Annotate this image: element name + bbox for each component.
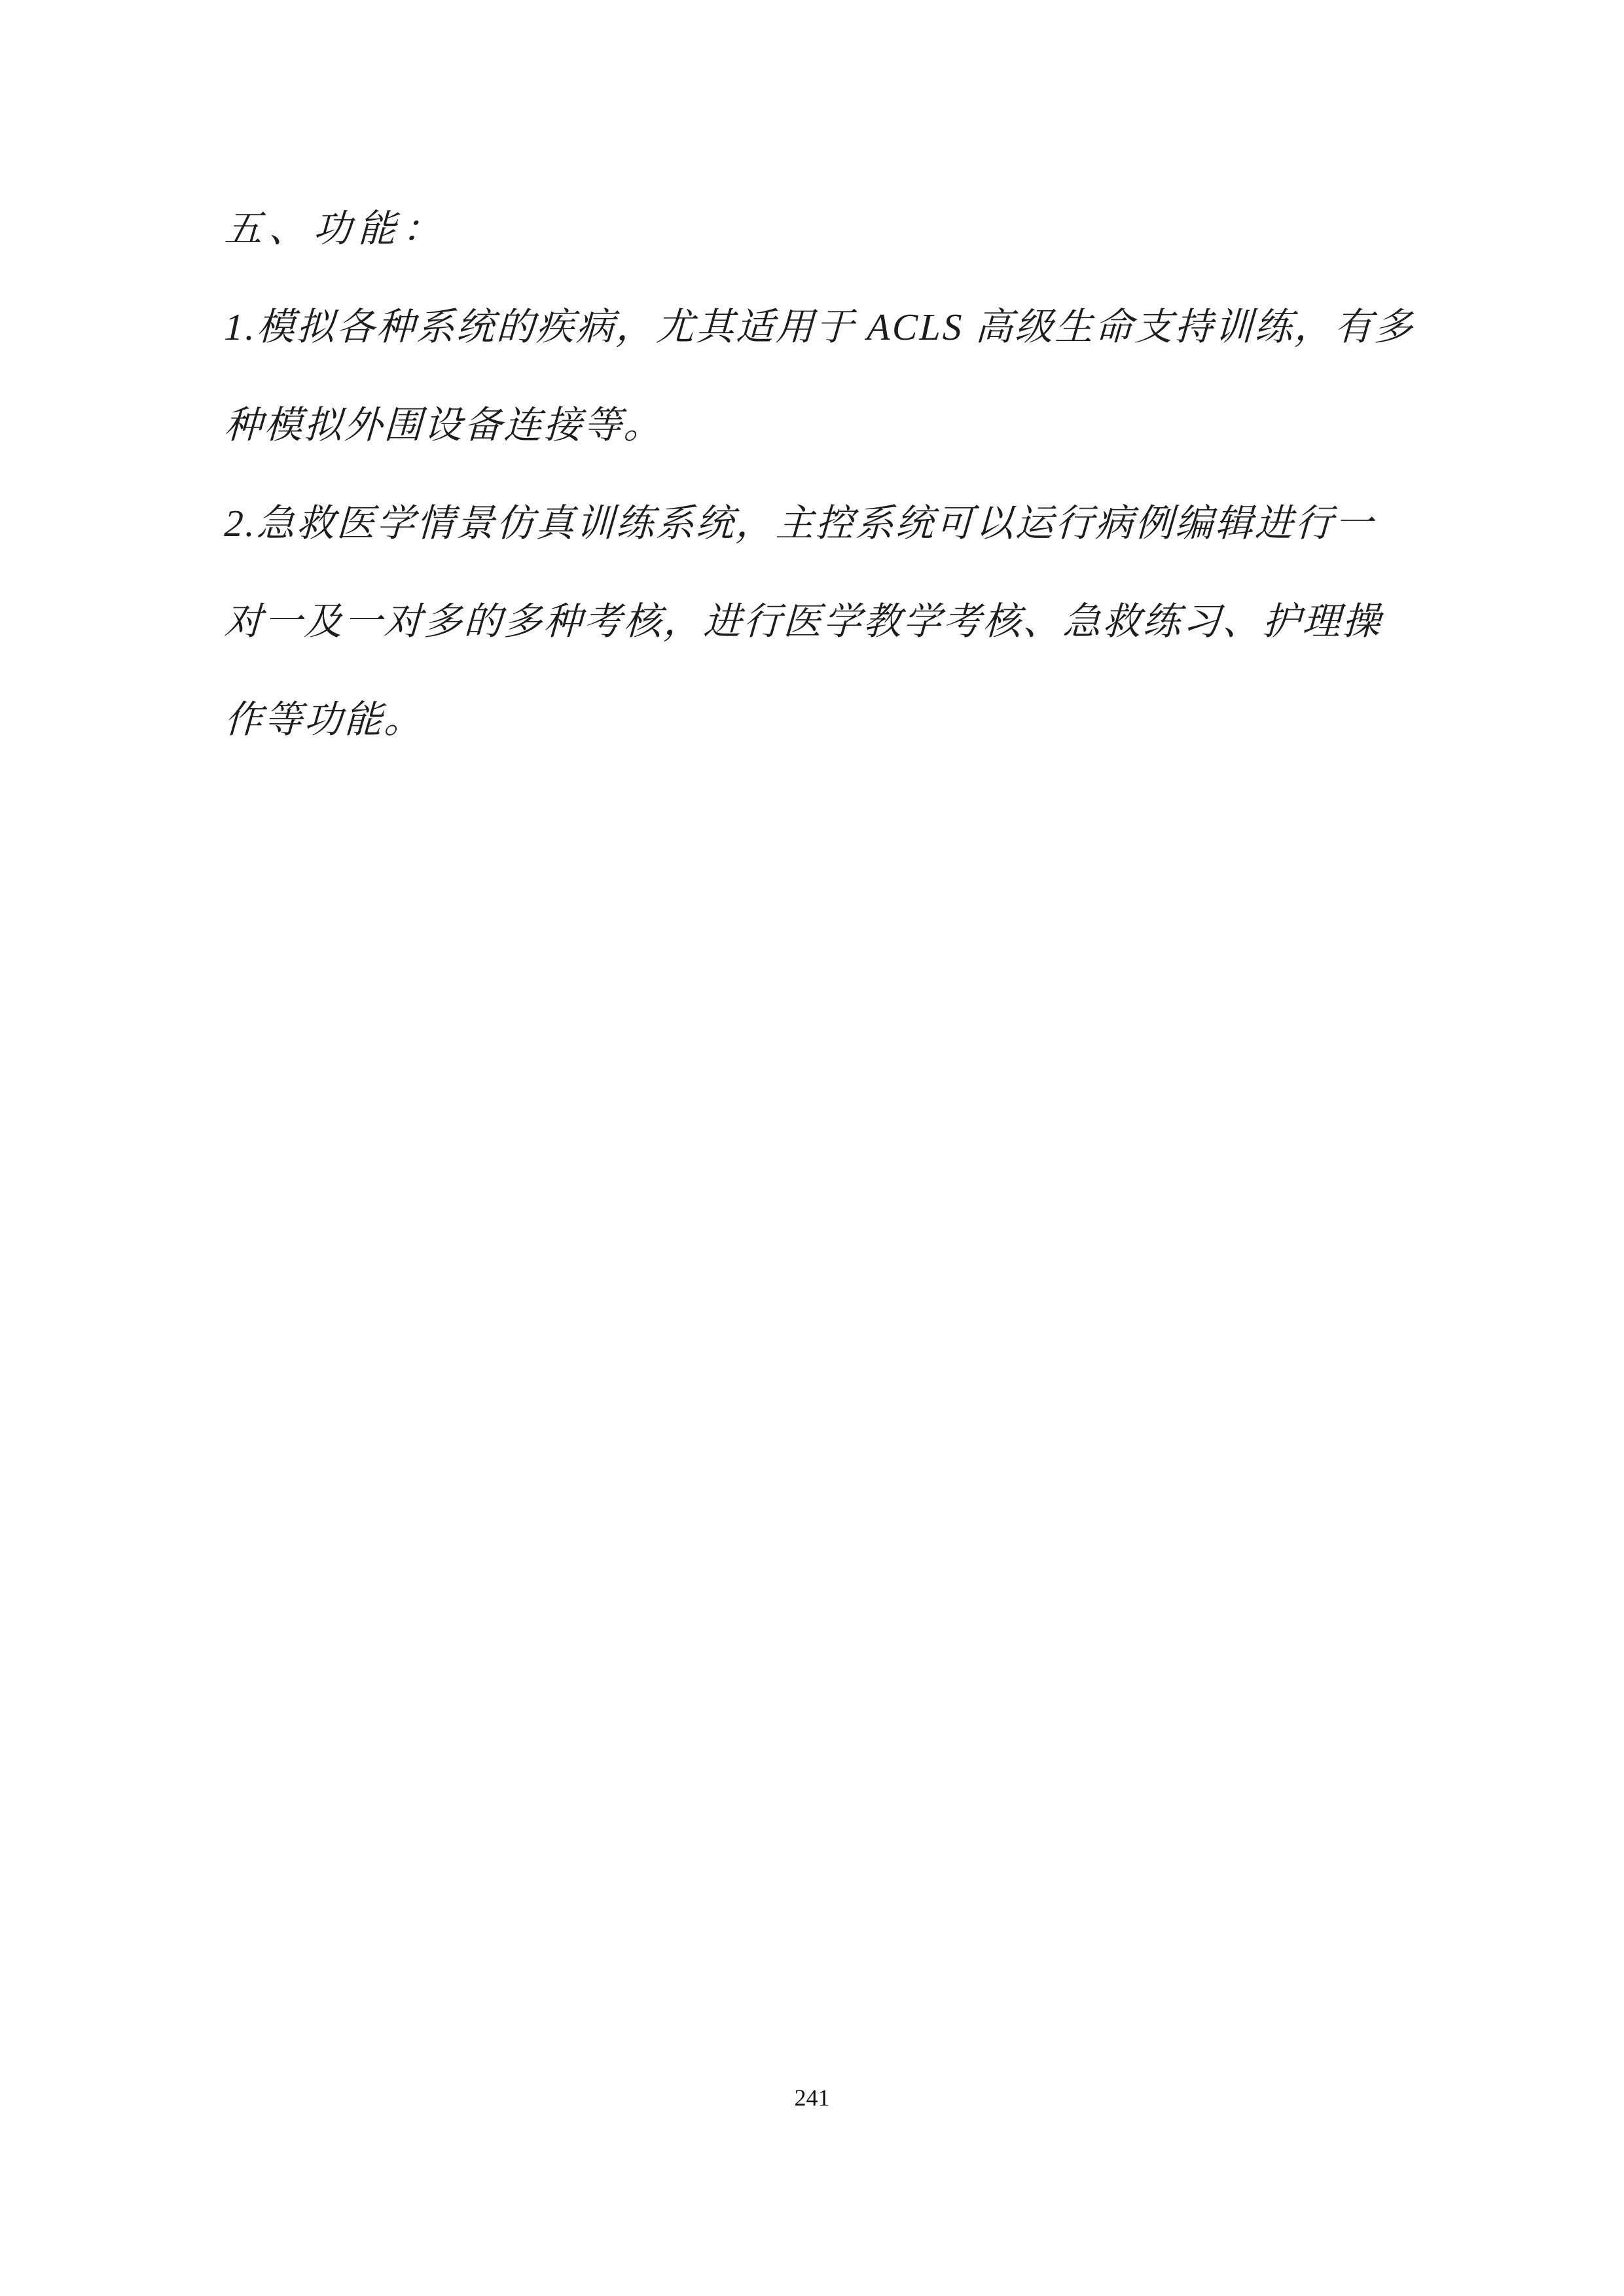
document-page: 五、功能： 1.模拟各种系统的疾病，尤其适用于 ACLS 高级生命支持训练，有多…: [0, 0, 1624, 2296]
document-body: 五、功能： 1.模拟各种系统的疾病，尤其适用于 ACLS 高级生命支持训练，有多…: [223, 180, 1479, 769]
body-text-line-5: 作等功能。: [223, 671, 1483, 769]
section-heading: 五、功能：: [223, 180, 1483, 278]
body-text-line-4: 对一及一对多的多种考核，进行医学教学考核、急救练习、护理操: [223, 573, 1483, 671]
body-text-line-1: 1.模拟各种系统的疾病，尤其适用于 ACLS 高级生命支持训练，有多: [223, 278, 1483, 376]
page-number: 241: [0, 2085, 1624, 2111]
body-text-line-2: 种模拟外围设备连接等。: [223, 376, 1483, 475]
body-text-line-3: 2.急救医学情景仿真训练系统，主控系统可以运行病例编辑进行一: [223, 475, 1483, 573]
